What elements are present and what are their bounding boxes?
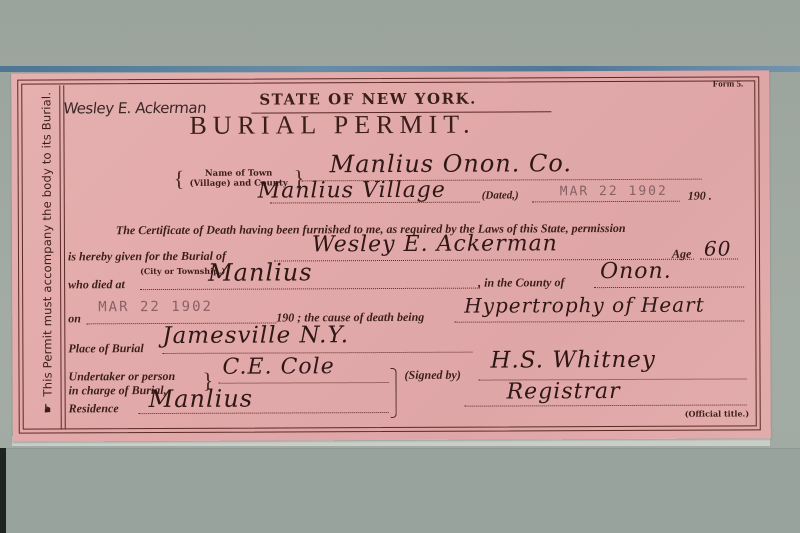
place-of-burial-entry: Jamesville N.Y.: [162, 322, 349, 349]
side-notice: ☛This Permit must accompany the body to …: [39, 73, 58, 413]
deceased-name-entry: Wesley E. Ackerman: [312, 231, 558, 257]
form-number: Form 5.: [713, 78, 744, 88]
age-label: Age: [672, 247, 691, 262]
dated-year-suffix: 190 .: [688, 189, 712, 204]
county-entry: Onon.: [600, 259, 672, 284]
official-title-label: (Official title.): [685, 408, 749, 418]
pencil-annotation: Wesley E. Ackerman: [62, 99, 207, 118]
signature-entry: H.S. Whitney: [490, 347, 656, 374]
burial-of-label: is hereby given for the Burial of: [68, 249, 226, 265]
undertaker-entry: C.E. Cole: [222, 354, 334, 379]
document-title: BURIAL PERMIT.: [189, 110, 475, 141]
residence-entry: Manlius: [149, 385, 254, 413]
dated-label: (Dated,): [482, 189, 519, 201]
dated-stamp: MAR 22 1902: [560, 184, 668, 199]
burial-permit-document: ☛This Permit must accompany the body to …: [11, 70, 771, 441]
village-entry: Manlius Village: [258, 178, 446, 204]
died-at-label: who died at: [68, 277, 125, 292]
bracket-right: [390, 368, 396, 418]
residence-label: Residence: [69, 401, 119, 416]
death-date-stamp: MAR 22 1902: [98, 299, 213, 316]
cause-of-death-entry: Hypertrophy of Heart: [464, 293, 705, 318]
county-of-label: , in the County of: [478, 275, 564, 290]
mat-lower-panel: [6, 448, 800, 533]
town-county-entry: Manlius Onon. Co.: [330, 149, 573, 178]
on-label: on: [68, 311, 81, 326]
age-entry: 60: [704, 237, 732, 261]
place-of-burial-label: Place of Burial: [68, 341, 143, 356]
state-heading: STATE OF NEW YORK.: [259, 90, 477, 109]
pointing-hand-icon: ☛: [41, 403, 55, 414]
official-title-entry: Registrar: [507, 379, 621, 404]
signed-by-label: (Signed by): [404, 368, 460, 383]
died-at-entry: Manlius: [208, 258, 313, 286]
